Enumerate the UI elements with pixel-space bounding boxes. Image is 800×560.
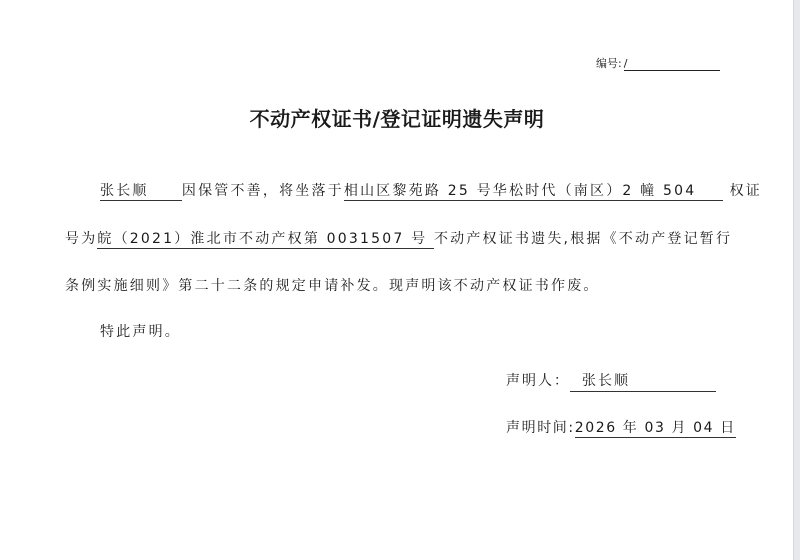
- body-line-2: 号为皖（2021）淮北市不动产权第 0031507 号 不动产权证书遗失,根据《…: [65, 229, 732, 249]
- declarant-name-filled: 张长顺: [100, 183, 182, 201]
- body-line-3: 条例实施细则》第二十二条的规定申请补发。现声明该不动产权证书作废。: [65, 276, 600, 296]
- document-title: 不动产权证书/登记证明遗失声明: [0, 103, 794, 132]
- vertical-scrollbar[interactable]: [793, 0, 800, 560]
- signature-row: 声明人：张长顺: [506, 371, 716, 392]
- date-value: 2026 年 03 月 04 日: [575, 420, 736, 438]
- serial-value: /: [624, 57, 720, 71]
- serial-number-field: 编号: /: [596, 55, 720, 71]
- property-address-filled: 相山区黎苑路 25 号华松时代（南区）2 幢 504: [344, 183, 723, 201]
- body-text-1: 因保管不善，将坐落于: [182, 183, 344, 199]
- certificate-number-filled: 皖（2021）淮北市不动产权第 0031507 号: [97, 231, 434, 249]
- date-label: 声明时间:: [506, 420, 575, 436]
- serial-label: 编号:: [596, 55, 622, 71]
- closing-text: 特此声明。: [100, 322, 181, 342]
- document-page: 编号: / 不动产权证书/登记证明遗失声明 张长顺 因保管不善，将坐落于相山区黎…: [0, 0, 794, 560]
- signature-name: 张长顺: [570, 371, 716, 392]
- body-text-4: 不动产权证书遗失,根据《不动产登记暂行: [434, 231, 732, 247]
- date-row: 声明时间:2026 年 03 月 04 日: [506, 418, 736, 438]
- body-text-3: 号为: [65, 231, 97, 247]
- signature-label: 声明人：: [506, 373, 570, 389]
- body-line-1: 张长顺 因保管不善，将坐落于相山区黎苑路 25 号华松时代（南区）2 幢 504…: [100, 181, 762, 201]
- body-text-2: 权证: [730, 183, 762, 199]
